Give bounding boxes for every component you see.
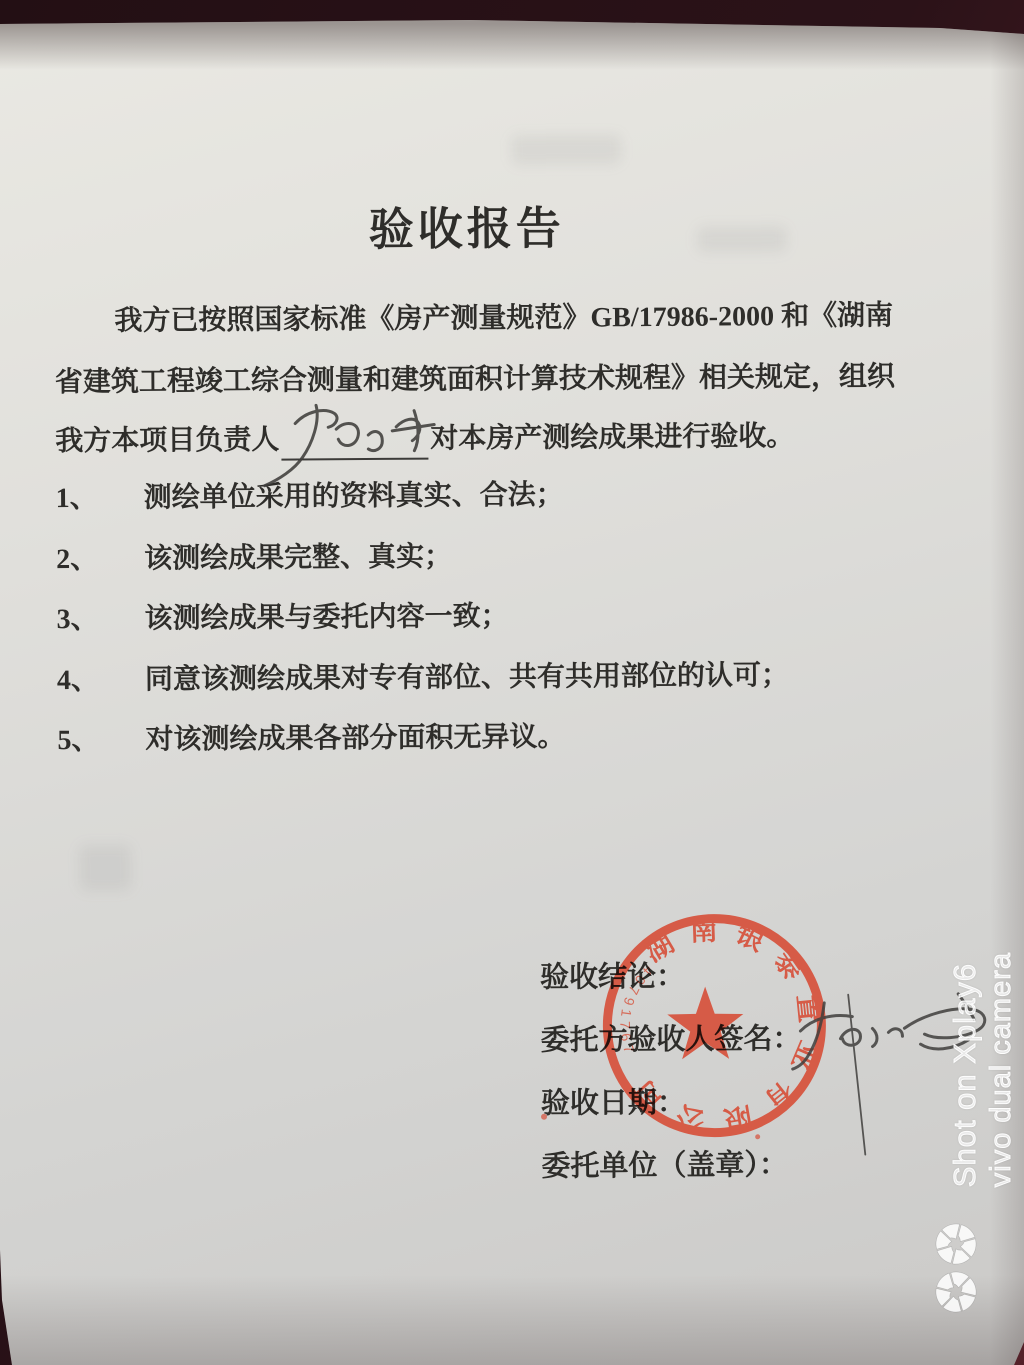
paragraph-line-3-suffix: 对本房产测绘成果进行验收。 — [430, 417, 794, 460]
item-text: 测绘单位采用的资料真实、合法； — [144, 476, 564, 519]
document-content: 验收报告 我方已按照国家标准《房产测量规范》GB/17986-2000 和《湖南… — [0, 0, 1024, 1365]
client-unit-label: 委托单位（盖章）： — [541, 1145, 802, 1187]
camera-watermark: Shot on Xplay6 vivo dual camera — [947, 952, 1018, 1187]
photo-scene: 验收报告 我方已按照国家标准《房产测量规范》GB/17986-2000 和《湖南… — [0, 0, 1024, 1365]
backside-ink-ghost — [79, 845, 131, 891]
signature-underline — [281, 420, 428, 461]
list-item: 5、 对该测绘成果各部分面积无异议。 — [57, 716, 789, 761]
acceptance-conclusion-label: 验收结论： — [540, 956, 801, 998]
item-number: 4、 — [57, 660, 145, 701]
doc-title: 验收报告 — [0, 189, 937, 261]
acceptance-item-list: 1、 测绘单位采用的资料真实、合法； 2、 该测绘成果完整、真实； 3、 该测绘… — [56, 474, 790, 782]
item-number: 1、 — [56, 479, 144, 520]
item-number: 2、 — [56, 539, 144, 580]
list-item: 3、 该测绘成果与委托内容一致； — [56, 595, 788, 640]
backside-ink-ghost — [511, 134, 621, 165]
aperture-icon — [932, 1220, 980, 1274]
seal-ink-speck — [755, 1134, 760, 1139]
aperture-icon — [932, 1257, 980, 1316]
list-item: 4、 同意该测绘成果对专有部位、共有共用部位的认可； — [57, 656, 789, 701]
list-item: 1、 测绘单位采用的资料真实、合法； — [56, 474, 788, 519]
item-text: 对该测绘成果各部分面积无异议。 — [145, 718, 565, 761]
item-text: 该测绘成果与委托内容一致； — [144, 597, 508, 640]
watermark-line1: Shot on Xplay6 — [947, 962, 983, 1187]
paragraph-line-2: 省建筑工程竣工综合测量和建筑面积计算技术规程》相关规定，组织 — [55, 357, 895, 403]
paper-sheet: 验收报告 我方已按照国家标准《房产测量规范》GB/17986-2000 和《湖南… — [0, 0, 1024, 1365]
seal-ink-speck — [541, 1114, 547, 1120]
paragraph-line-3: 我方本项目负责人 对本房产测绘成果进行验收。 — [55, 417, 794, 462]
paragraph-line-1: 我方已按照国家标准《房产测量规范》GB/17986-2000 和《湖南 — [114, 296, 893, 341]
watermark-line2: vivo dual camera — [985, 952, 1018, 1187]
item-number: 5、 — [57, 721, 145, 762]
acceptance-date-label: 验收日期： — [541, 1082, 802, 1124]
item-text: 该测绘成果完整、真实； — [144, 537, 452, 579]
dual-aperture-icon — [932, 1220, 980, 1316]
item-text: 同意该测绘成果对专有部位、共有共用部位的认可； — [145, 656, 789, 700]
responsible-person-label: 我方本项目负责人 — [55, 421, 279, 463]
client-signer-label: 委托方验收人签名： — [540, 1019, 801, 1061]
item-number: 3、 — [56, 600, 144, 641]
list-item: 2、 该测绘成果完整、真实； — [56, 535, 788, 580]
signature-block: 验收结论： 委托方验收人签名： 验收日期： 委托单位（盖章）： — [540, 956, 803, 1210]
